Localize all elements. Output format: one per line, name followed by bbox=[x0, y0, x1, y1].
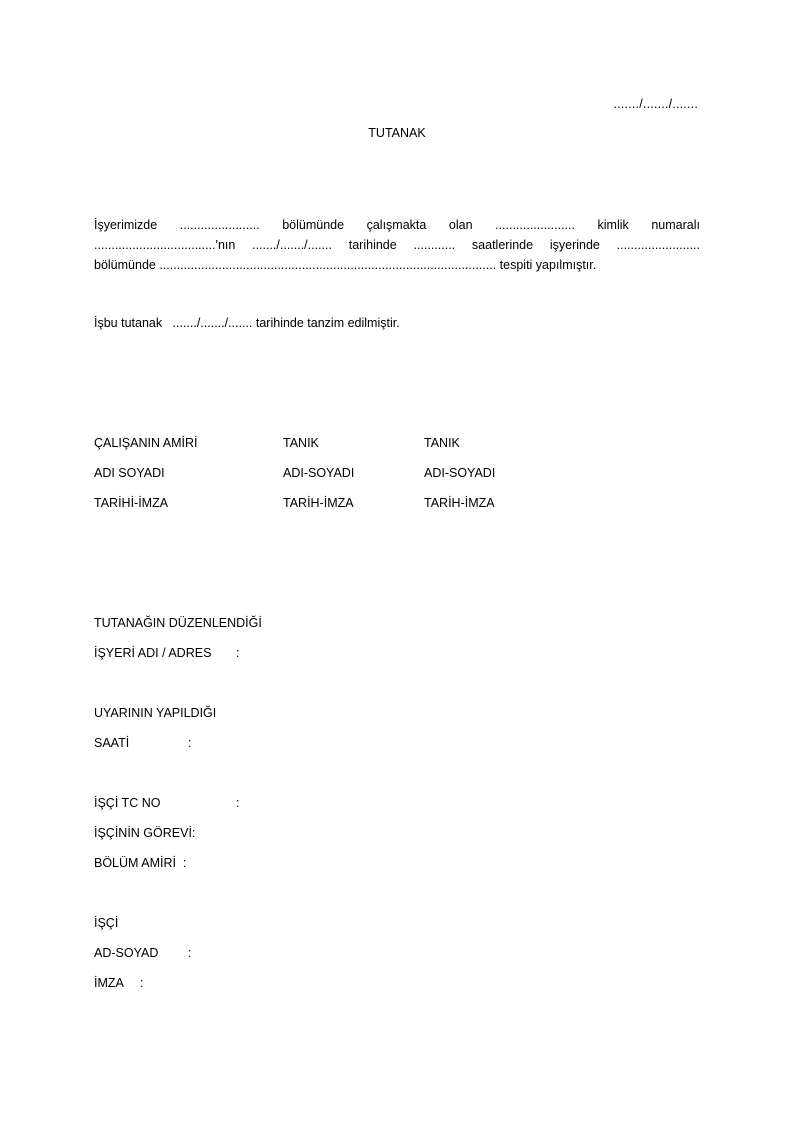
time-field: SAATİ : bbox=[94, 735, 129, 751]
witness-2-name-label: ADI-SOYADI bbox=[424, 465, 564, 495]
signature-block: ÇALIŞANIN AMİRİ TANIK TANIK ADI SOYADI A… bbox=[94, 435, 564, 525]
signature-roles-row: ÇALIŞANIN AMİRİ TANIK TANIK bbox=[94, 435, 564, 465]
blank-hour: ............ bbox=[413, 235, 455, 255]
witness-1-name-label: ADI-SOYADI bbox=[283, 465, 424, 495]
blank-department: ....................... bbox=[180, 215, 260, 235]
worker-sign-colon: : bbox=[140, 975, 143, 991]
date-placeholder: ......./......./....... bbox=[614, 96, 698, 112]
role-supervisor: ÇALIŞANIN AMİRİ bbox=[94, 435, 283, 465]
role-witness-1: TANIK bbox=[283, 435, 424, 465]
witness-2-sign-label: TARİH-İMZA bbox=[424, 495, 564, 525]
time-label: SAATİ bbox=[94, 736, 129, 750]
witness-1-sign-label: TARİH-İMZA bbox=[283, 495, 424, 525]
worker-id-colon: : bbox=[236, 795, 239, 811]
paragraph-line-2: ...................................'nın … bbox=[94, 235, 700, 255]
workplace-field: İŞYERİ ADI / ADRES : bbox=[94, 645, 211, 661]
role-witness-2: TANIK bbox=[424, 435, 564, 465]
worker-name-label: AD-SOYAD bbox=[94, 946, 158, 960]
worker-heading: İŞÇİ bbox=[94, 915, 118, 931]
paragraph-line-3: bölümünde ..............................… bbox=[94, 255, 700, 275]
text-finding: bölümünde ..............................… bbox=[94, 255, 596, 275]
time-colon: : bbox=[188, 735, 191, 751]
worker-id-label: İŞÇİ TC NO bbox=[94, 796, 160, 810]
prepared-heading: TUTANAĞIN DÜZENLENDİĞİ bbox=[94, 615, 262, 631]
workplace-label: İŞYERİ ADI / ADRES bbox=[94, 646, 211, 660]
document-title: TUTANAK bbox=[0, 125, 794, 141]
signature-signs-row: TARİHİ-İMZA TARİH-İMZA TARİH-İMZA bbox=[94, 495, 564, 525]
text-numbered: numaralı bbox=[651, 215, 700, 235]
worker-id-field: İŞÇİ TC NO : bbox=[94, 795, 160, 811]
text-workplace: İşyerimizde bbox=[94, 215, 157, 235]
worker-duty-label: İŞÇİNİN GÖREVİ: bbox=[94, 825, 195, 841]
text-identity: kimlik bbox=[598, 215, 629, 235]
worker-name-field: AD-SOYAD : bbox=[94, 945, 158, 961]
incident-paragraph: İşyerimizde ....................... bölü… bbox=[94, 215, 700, 275]
blank-worker-name: ...................................'nın bbox=[94, 235, 235, 255]
text-working: çalışmakta bbox=[367, 215, 427, 235]
text-at-hours: saatlerinde bbox=[472, 235, 533, 255]
text-being: olan bbox=[449, 215, 473, 235]
text-department: bölümünde bbox=[282, 215, 344, 235]
dept-manager-label: BÖLÜM AMİRİ : bbox=[94, 855, 186, 871]
paragraph-line-1: İşyerimizde ....................... bölü… bbox=[94, 215, 700, 235]
signature-names-row: ADI SOYADI ADI-SOYADI ADI-SOYADI bbox=[94, 465, 564, 495]
text-on-date: tarihinde bbox=[349, 235, 397, 255]
blank-id-number: ....................... bbox=[495, 215, 575, 235]
issued-date-line: İşbu tutanak ......./......./....... tar… bbox=[94, 315, 400, 331]
supervisor-sign-label: TARİHİ-İMZA bbox=[94, 495, 283, 525]
blank-location: ........................ bbox=[617, 235, 700, 255]
worker-name-colon: : bbox=[188, 945, 191, 961]
workplace-colon: : bbox=[236, 645, 239, 661]
worker-sign-label: İMZA bbox=[94, 976, 124, 990]
text-at-workplace: işyerinde bbox=[550, 235, 600, 255]
supervisor-name-label: ADI SOYADI bbox=[94, 465, 283, 495]
worker-sign-field: İMZA : bbox=[94, 975, 124, 991]
blank-date: ......./......./....... bbox=[252, 235, 332, 255]
warning-heading: UYARININ YAPILDIĞI bbox=[94, 705, 216, 721]
